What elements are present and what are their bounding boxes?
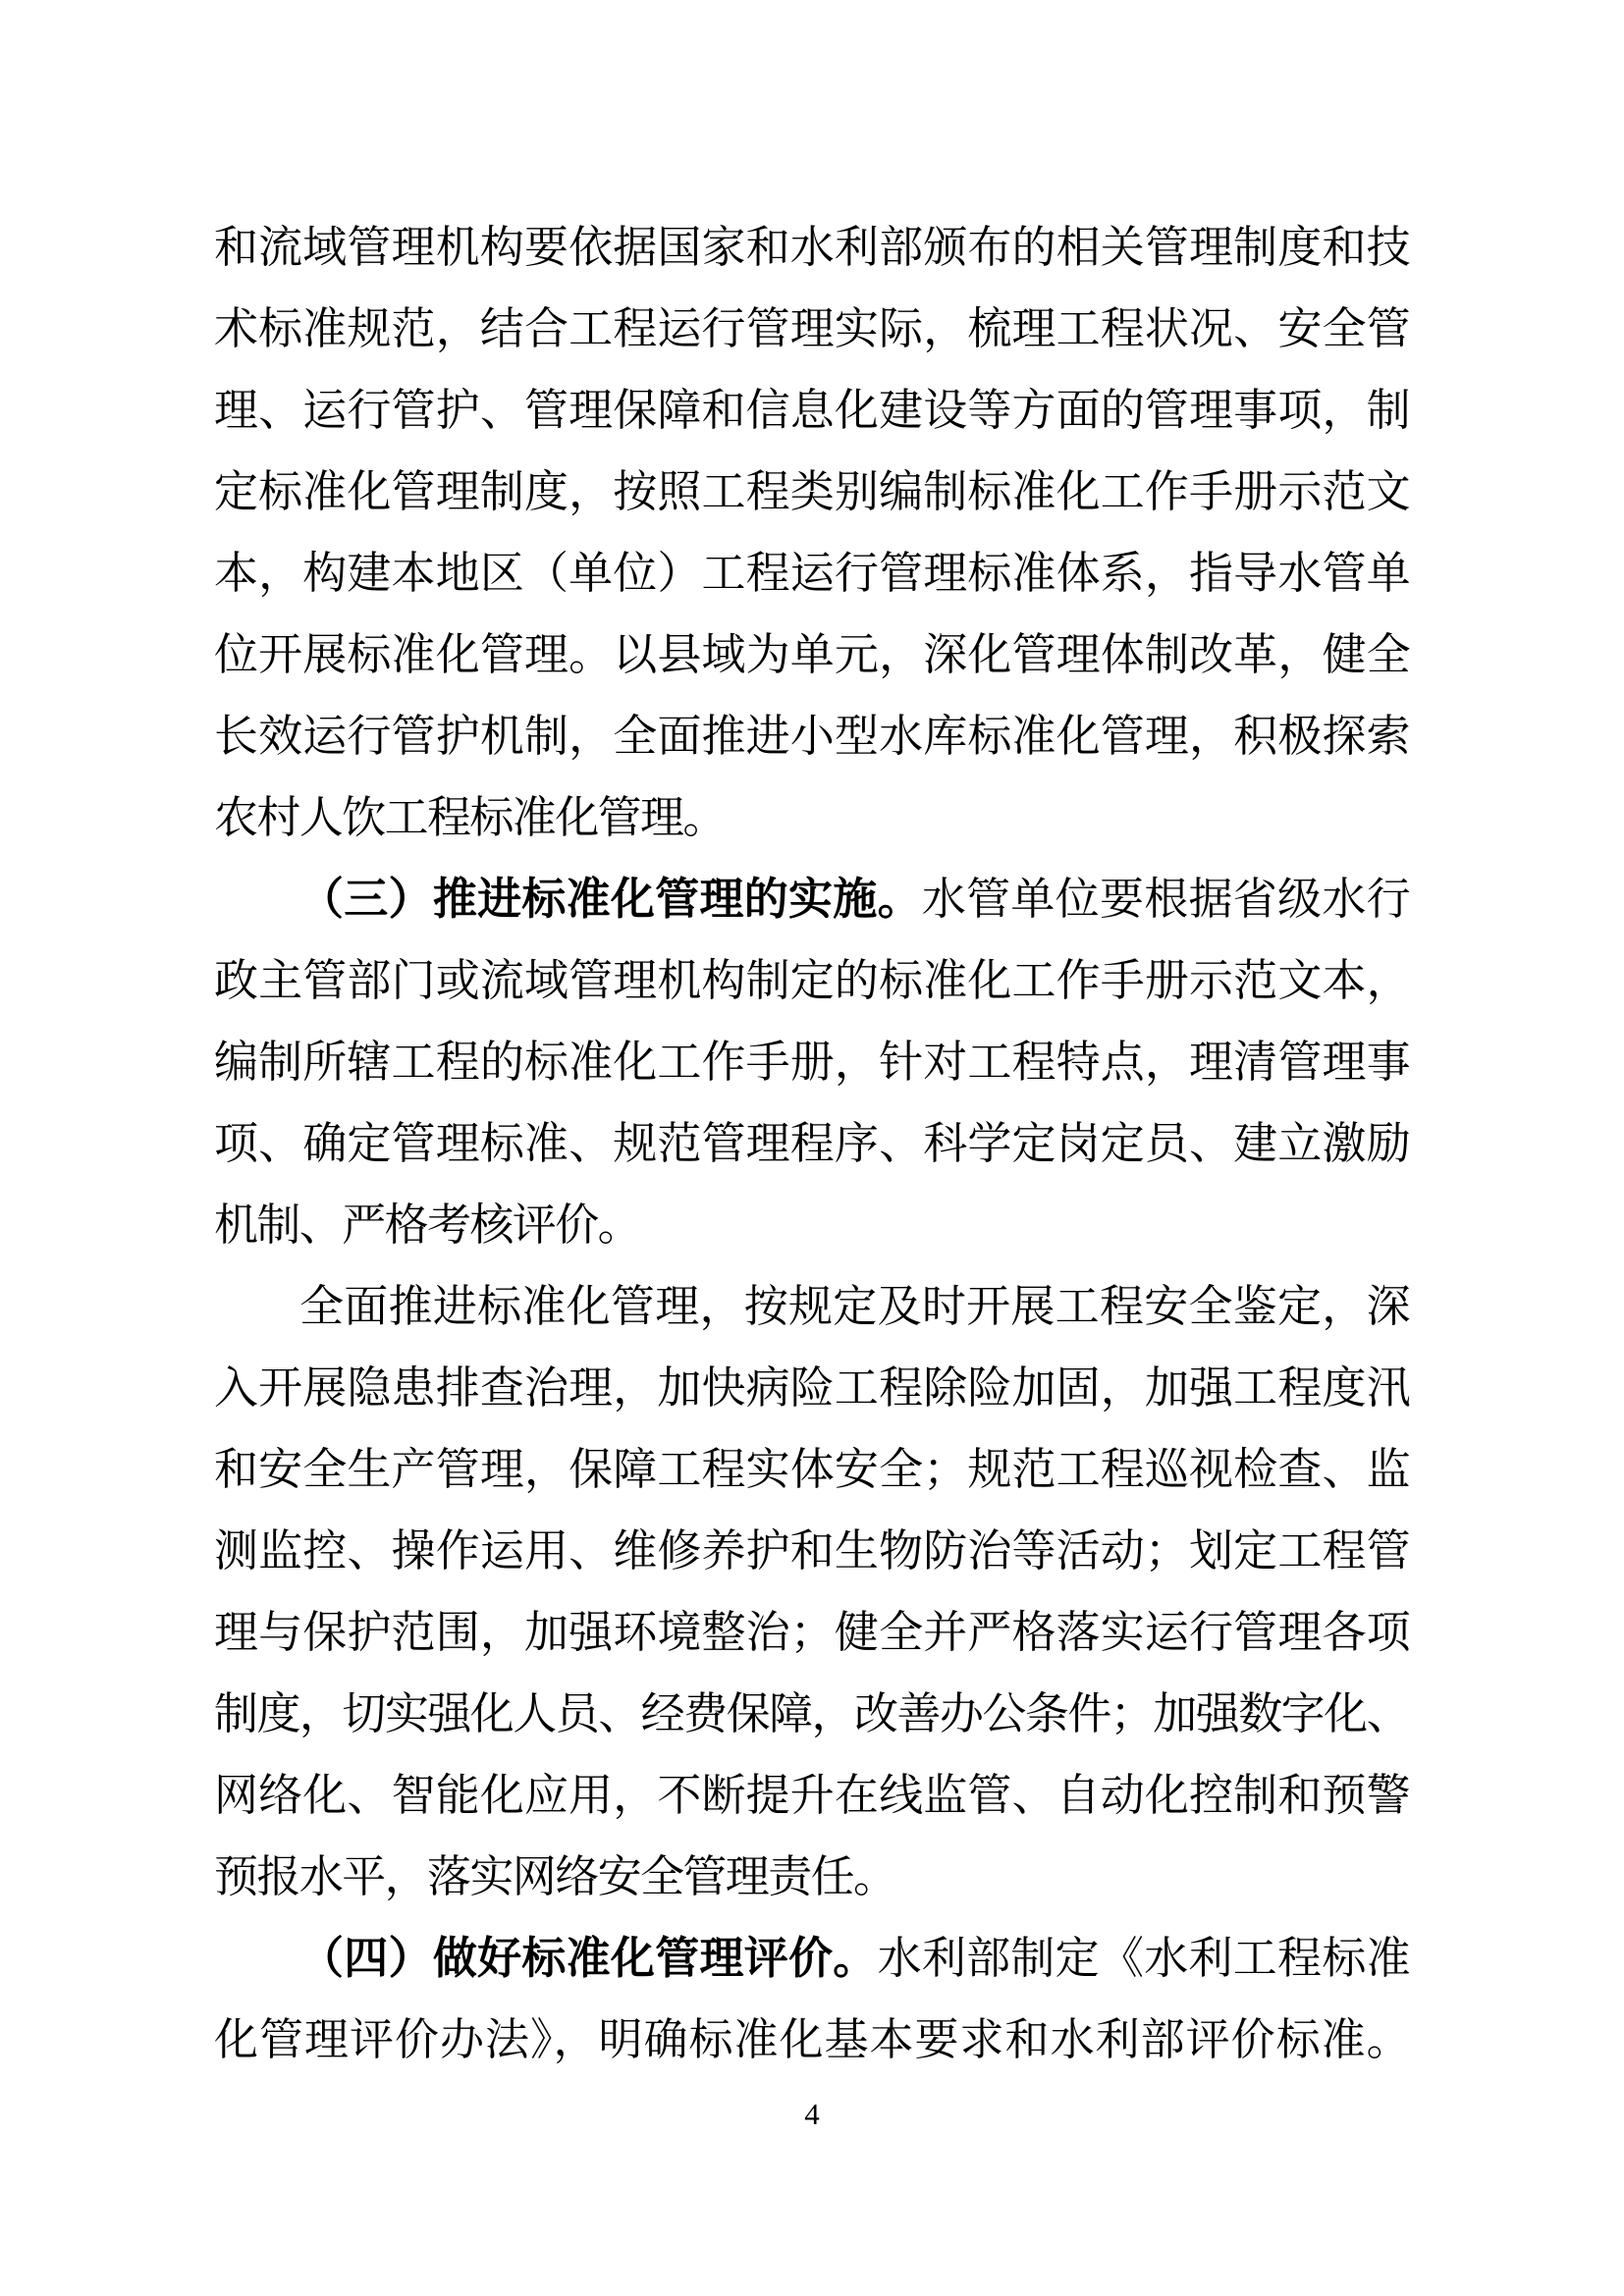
page-number: 4 — [0, 2097, 1624, 2132]
text-line: 政主管部门或流域管理机构制定的标准化工作手册示范文本， — [214, 940, 1409, 1022]
text-line: 和流域管理机构要依据国家和水利部颁布的相关管理制度和技 — [214, 207, 1409, 289]
body-text: 制度，切实强化人员、经费保障，改善办公条件；加强数字化、 — [214, 1689, 1409, 1738]
body-text: 机制、严格考核评价。 — [214, 1201, 640, 1250]
document-body: 和流域管理机构要依据国家和水利部颁布的相关管理制度和技术标准规范，结合工程运行管… — [214, 207, 1409, 2081]
body-text: 水管单位要根据省级水行 — [922, 875, 1409, 924]
text-line: 机制、严格考核评价。 — [214, 1185, 1409, 1266]
text-line: 制度，切实强化人员、经费保障，改善办公条件；加强数字化、 — [214, 1674, 1409, 1755]
body-text: 理与保护范围，加强环境整治；健全并严格落实运行管理各项 — [214, 1608, 1409, 1657]
body-text: 定标准化管理制度，按照工程类别编制标准化工作手册示范文 — [214, 467, 1409, 516]
document-page: 和流域管理机构要依据国家和水利部颁布的相关管理制度和技术标准规范，结合工程运行管… — [0, 0, 1624, 2296]
body-text: 术标准规范，结合工程运行管理实际，梳理工程状况、安全管 — [214, 304, 1409, 353]
body-text: 水利部制定《水利工程标准 — [878, 1934, 1409, 1983]
body-text: 入开展隐患排查治理，加快病险工程除险加固，加强工程度汛 — [214, 1363, 1409, 1413]
body-text: 本，构建本地区（单位）工程运行管理标准体系，指导水管单 — [214, 549, 1409, 598]
text-line: 编制所辖工程的标准化工作手册，针对工程特点，理清管理事 — [214, 1022, 1409, 1103]
text-line: 测监控、操作运用、维修养护和生物防治等活动；划定工程管 — [214, 1511, 1409, 1592]
text-line: 术标准规范，结合工程运行管理实际，梳理工程状况、安全管 — [214, 289, 1409, 370]
body-text: 位开展标准化管理。以县域为单元，深化管理体制改革，健全 — [214, 630, 1409, 679]
text-line: 定标准化管理制度，按照工程类别编制标准化工作手册示范文 — [214, 452, 1409, 533]
text-line: （四）做好标准化管理评价。水利部制定《水利工程标准 — [214, 1918, 1409, 2000]
body-text: 政主管部门或流域管理机构制定的标准化工作手册示范文本， — [214, 956, 1409, 1005]
text-line: 项、确定管理标准、规范管理程序、科学定岗定员、建立激励 — [214, 1103, 1409, 1185]
text-line: 入开展隐患排查治理，加快病险工程除险加固，加强工程度汛 — [214, 1348, 1409, 1429]
body-text: 测监控、操作运用、维修养护和生物防治等活动；划定工程管 — [214, 1526, 1409, 1575]
text-line: 长效运行管护机制，全面推进小型水库标准化管理，积极探索 — [214, 696, 1409, 777]
text-line: 化管理评价办法》，明确标准化基本要求和水利部评价标准。 — [214, 2000, 1409, 2081]
body-text: 和安全生产管理，保障工程实体安全；规范工程巡视检查、监 — [214, 1445, 1409, 1494]
text-line: 本，构建本地区（单位）工程运行管理标准体系，指导水管单 — [214, 533, 1409, 614]
body-text: 化管理评价办法》，明确标准化基本要求和水利部评价标准。 — [214, 2015, 1409, 2064]
text-line: 理、运行管护、管理保障和信息化建设等方面的管理事项，制 — [214, 370, 1409, 452]
text-line: （三）推进标准化管理的实施。水管单位要根据省级水行 — [214, 859, 1409, 940]
text-line: 农村人饮工程标准化管理。 — [214, 777, 1409, 859]
body-text: 和流域管理机构要依据国家和水利部颁布的相关管理制度和技 — [214, 223, 1409, 272]
text-line: 理与保护范围，加强环境整治；健全并严格落实运行管理各项 — [214, 1592, 1409, 1674]
body-text: 预报水平，落实网络安全管理责任。 — [214, 1852, 895, 1901]
body-text: 理、运行管护、管理保障和信息化建设等方面的管理事项，制 — [214, 386, 1409, 435]
body-text: 全面推进标准化管理，按规定及时开展工程安全鉴定，深 — [299, 1282, 1409, 1331]
section-heading: （三）推进标准化管理的实施。 — [299, 875, 922, 924]
section-heading: （四）做好标准化管理评价。 — [299, 1934, 878, 1983]
body-text: 编制所辖工程的标准化工作手册，针对工程特点，理清管理事 — [214, 1038, 1409, 1087]
text-line: 预报水平，落实网络安全管理责任。 — [214, 1837, 1409, 1918]
body-text: 网络化、智能化应用，不断提升在线监管、自动化控制和预警 — [214, 1771, 1409, 1820]
body-text: 农村人饮工程标准化管理。 — [214, 793, 726, 842]
text-line: 网络化、智能化应用，不断提升在线监管、自动化控制和预警 — [214, 1755, 1409, 1837]
text-line: 位开展标准化管理。以县域为单元，深化管理体制改革，健全 — [214, 614, 1409, 696]
text-line: 全面推进标准化管理，按规定及时开展工程安全鉴定，深 — [214, 1266, 1409, 1348]
body-text: 长效运行管护机制，全面推进小型水库标准化管理，积极探索 — [214, 712, 1409, 761]
text-line: 和安全生产管理，保障工程实体安全；规范工程巡视检查、监 — [214, 1429, 1409, 1511]
body-text: 项、确定管理标准、规范管理程序、科学定岗定员、建立激励 — [214, 1119, 1409, 1168]
